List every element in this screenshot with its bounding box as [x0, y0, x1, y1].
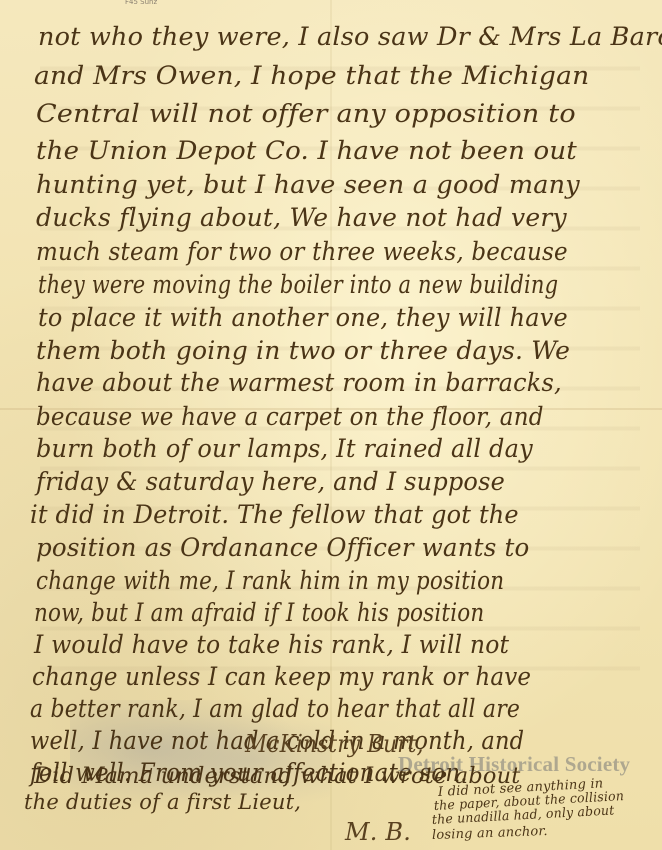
body-line: ducks flying about, We have not had very [36, 203, 567, 232]
body-line: change with me, I rank him in my positio… [36, 566, 504, 595]
body-line: the Union Depot Co. I have not been out [36, 136, 577, 165]
signature: McKinstry Burt, [245, 730, 424, 758]
body-line: much steam for two or three weeks, becau… [36, 237, 568, 266]
reference-mark: F45 Sunz [125, 0, 157, 6]
body-line: now, but I am afraid if I took his posit… [34, 598, 484, 627]
body-line: a better rank, I am glad to hear that al… [30, 694, 520, 723]
body-line: Central will not offer any opposition to [36, 99, 576, 128]
body-line: position as Ordanance Officer wants to [36, 533, 529, 562]
body-line: change unless I can keep my rank or have [32, 662, 531, 691]
body-line: and Mrs Owen, I hope that the Michigan [34, 61, 589, 90]
body-line: burn both of our lamps, It rained all da… [36, 434, 533, 463]
postscript-line: the duties of a first Lieut, [24, 790, 301, 814]
body-line: not who they were, I also saw Dr & Mrs L… [38, 22, 662, 51]
body-line: I would have to take his rank, I will no… [34, 630, 509, 659]
initials: M. B. [345, 818, 411, 846]
body-line: them both going in two or three days. We [36, 336, 570, 365]
body-line: have about the warmest room in barracks, [36, 368, 562, 397]
body-line: friday & saturday here, and I suppose [36, 467, 505, 496]
body-line: hunting yet, but I have seen a good many [36, 170, 580, 199]
body-line: they were moving the boiler into a new b… [38, 270, 558, 299]
body-line: to place it with another one, they will … [38, 303, 568, 332]
body-line: because we have a carpet on the floor, a… [36, 402, 544, 431]
body-line: it did in Detroit. The fellow that got t… [30, 500, 519, 529]
